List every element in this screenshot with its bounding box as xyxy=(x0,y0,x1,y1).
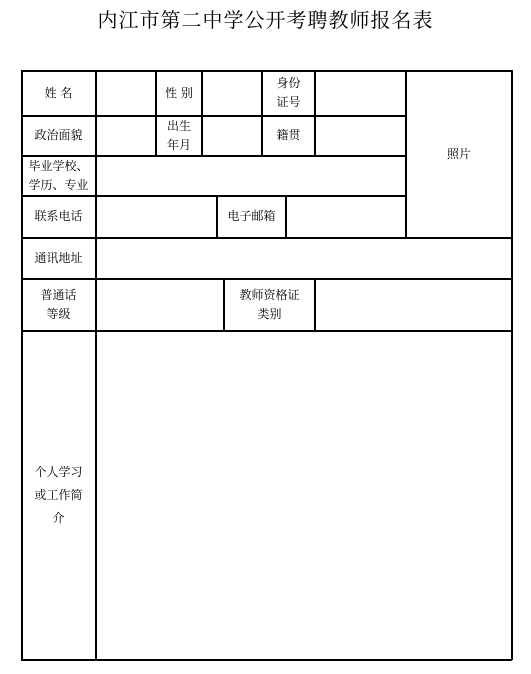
school-degree-major-label: 毕业学校、 学历、专业 xyxy=(22,156,95,195)
id-number-label: 身份 证号 xyxy=(263,71,314,115)
address-label: 通讯地址 xyxy=(22,238,95,278)
email-label: 电子邮箱 xyxy=(218,196,285,237)
mandarin-level-field[interactable] xyxy=(97,279,223,330)
form-title: 内江市第二中学公开考聘教师报名表 xyxy=(0,6,531,34)
political-status-label: 政治面貌 xyxy=(22,116,95,155)
gender-field[interactable] xyxy=(203,71,261,115)
photo-box[interactable]: 照片 xyxy=(407,71,511,237)
political-status-field[interactable] xyxy=(97,116,155,155)
mandarin-level-label: 普通话 等级 xyxy=(22,279,95,330)
teacher-cert-type-field[interactable] xyxy=(316,279,511,330)
photo-label: 照片 xyxy=(447,145,471,164)
email-field[interactable] xyxy=(287,196,405,237)
address-field[interactable] xyxy=(97,238,511,278)
native-place-label: 籍贯 xyxy=(263,116,314,155)
gender-label: 性 别 xyxy=(157,71,201,115)
resume-field[interactable] xyxy=(97,331,511,659)
id-number-field[interactable] xyxy=(316,71,405,115)
phone-label: 联系电话 xyxy=(22,196,95,237)
birth-date-field[interactable] xyxy=(203,116,261,155)
birth-date-label: 出生 年月 xyxy=(157,116,201,155)
school-degree-major-field[interactable] xyxy=(97,156,405,195)
name-field[interactable] xyxy=(97,71,155,115)
phone-field[interactable] xyxy=(97,196,216,237)
table-border-right xyxy=(511,70,513,660)
teacher-cert-type-label: 教师资格证 类别 xyxy=(225,279,314,330)
resume-label: 个人学习 或工作简 介 xyxy=(22,331,95,659)
native-place-field[interactable] xyxy=(316,116,405,155)
name-label: 姓 名 xyxy=(22,71,95,115)
